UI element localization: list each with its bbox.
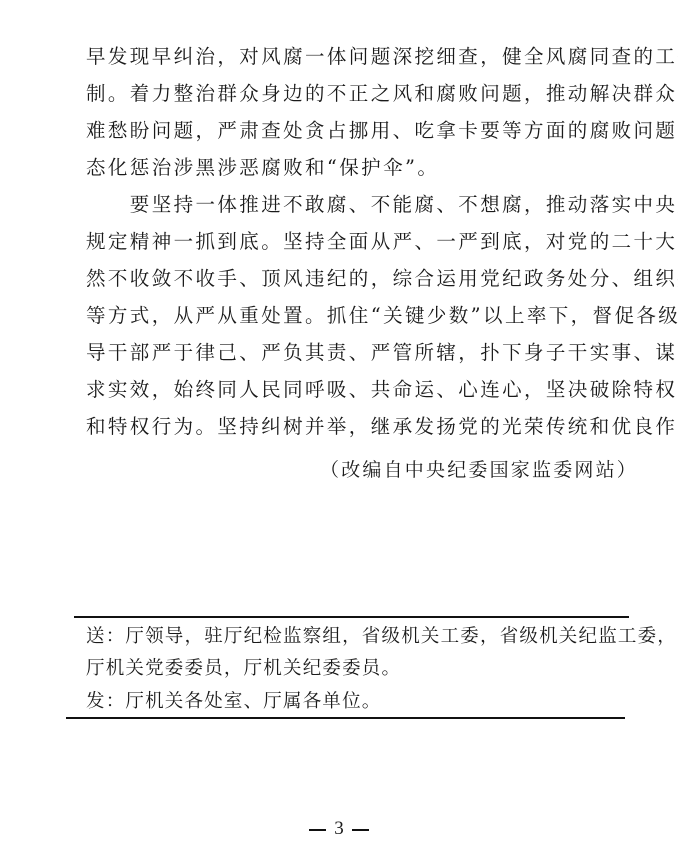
bottom-rule (66, 717, 625, 719)
dash-right (352, 829, 369, 831)
send-line-2: 厅机关党委委员，厅机关纪委委员。 (86, 657, 401, 681)
body-line: 态化惩治涉黑涉恶腐败和“保护伞”。 (86, 156, 622, 180)
body-line: 早发现早纠治，对风腐一体问题深挖细查，健全风腐同查的工作机 (86, 45, 622, 69)
body-line: 难愁盼问题，严肃查处贪占挪用、吃拿卡要等方面的腐败问题，常 (86, 119, 622, 143)
body-line: 规定精神一抓到底。坚持全面从严、一严到底，对党的二十大后依 (86, 230, 622, 254)
body-line: 等方式，从严从重处置。抓住“关键少数”以上率下，督促各级领 (86, 304, 622, 328)
body-line: 导干部严于律己、严负其责、严管所辖，扑下身子干实事、谋实招、 (86, 341, 622, 365)
body-line: 要坚持一体推进不敢腐、不能腐、不想腐，推动落实中央八项 (86, 193, 622, 217)
send-line-1: 送：厅领导，驻厅纪检监察组，省级机关工委，省级机关纪监工委， (86, 625, 677, 649)
issue-line: 发：厅机关各处室、厅属各单位。 (86, 690, 382, 714)
body-line: 求实效，始终同人民同呼吸、共命运、心连心，坚决破除特权思想 (86, 378, 622, 402)
page-number-value: 3 (334, 818, 344, 839)
body-line: 然不收敛不收手、顶风违纪的，综合运用党纪政务处分、组织处理 (86, 267, 622, 291)
source-note: （改编自中央纪委国家监委网站） (320, 455, 638, 482)
page-number: 3 (0, 818, 678, 840)
body-line: 制。着力整治群众身边的不正之风和腐败问题，推动解决群众的急 (86, 82, 622, 106)
body-line: 和特权行为。坚持纠树并举，继承发扬党的光荣传统和优良作风， (86, 415, 622, 439)
dash-left (309, 829, 326, 831)
top-rule (74, 616, 629, 618)
